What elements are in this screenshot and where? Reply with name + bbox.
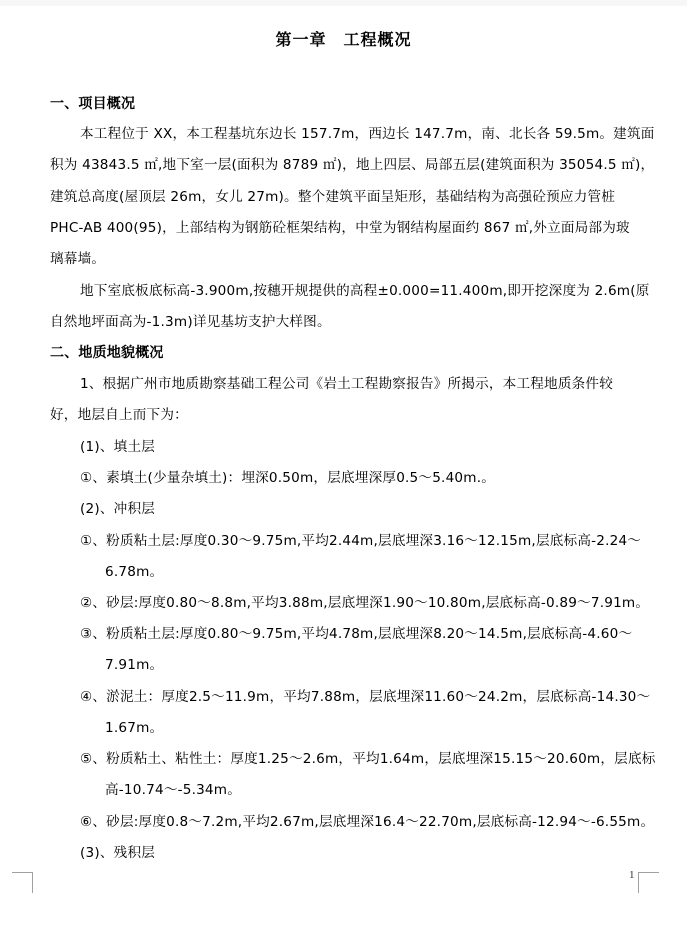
layer-item: ①、粉质粘土层:厚度0.30～9.75m,平均2.44m,层底埋深3.16～12… — [80, 532, 641, 550]
paragraph-line: 璃幕墙。 — [50, 250, 105, 268]
paragraph-line: PHC-AB 400(95)，上部结构为钢筋砼框架结构，中堂为钢结构屋面约 86… — [50, 219, 630, 237]
section-heading-project-overview: 一、项目概况 — [50, 95, 135, 113]
paragraph-line: 1、根据广州市地质勘察基础工程公司《岩土工程勘察报告》所揭示，本工程地质条件较 — [80, 375, 613, 393]
layer-item: ④、淤泥土：厚度2.5～11.9m，平均7.88m，层底埋深11.60～24.2… — [80, 688, 650, 706]
layer-item-continuation: 高-10.74～-5.34m。 — [105, 781, 241, 799]
document-page: 第一章 工程概况 一、项目概况 本工程位于 XX，本工程基坑东边长 157.7m… — [0, 0, 687, 937]
page-number: 1 — [629, 869, 635, 881]
layer-item: ⑥、砂层:厚度0.8～7.2m,平均2.67m,层底埋深16.4～22.70m,… — [80, 813, 654, 831]
layer-label: (3)、残积层 — [80, 844, 155, 862]
chapter-title: 第一章 工程概况 — [0, 30, 687, 50]
layer-item: ⑤、粉质粘土、粘性土：厚度1.25～2.6m，平均1.64m，层底埋深15.15… — [80, 750, 656, 768]
paragraph-line: 地下室底板底标高-3.900m,按穗开规提供的高程±0.000=11.400m,… — [80, 282, 650, 300]
layer-item-continuation: 7.91m。 — [105, 656, 163, 674]
section-heading-geology: 二、地质地貌概况 — [50, 344, 164, 362]
layer-item: ①、素填土(少量杂填土)：埋深0.50m，层底埋深厚0.5～5.40m.。 — [80, 469, 495, 487]
paragraph-line: 好，地层自上而下为： — [50, 406, 188, 424]
layer-label: (1)、填土层 — [80, 438, 155, 456]
layer-label: (2)、冲积层 — [80, 500, 155, 518]
layer-item-continuation: 1.67m。 — [105, 719, 163, 737]
paragraph-line: 本工程位于 XX，本工程基坑东边长 157.7m，西边长 147.7m，南、北长… — [80, 125, 655, 143]
layer-item-continuation: 6.78m。 — [105, 563, 163, 581]
layer-item: ③、粉质粘土层:厚度0.80～9.75m,平均4.78m,层底埋深8.20～14… — [80, 625, 632, 643]
paragraph-line: 建筑总高度(屋顶层 26m，女儿 27m)。整个建筑平面呈矩形，基础结构为高强砼… — [50, 188, 615, 206]
layer-item: ②、砂层:厚度0.80～8.8m,平均3.88m,层底埋深1.90～10.80m… — [80, 594, 649, 612]
paragraph-line: 自然地坪面高为-1.3m)详见基坊支护大样图。 — [50, 313, 331, 331]
page-corner-mark-right — [638, 872, 659, 893]
page-corner-mark-left — [12, 872, 33, 893]
paragraph-line: 积为 43843.5 ㎡,地下室一层(面积为 8789 ㎡)，地上四层、局部五层… — [50, 156, 654, 174]
